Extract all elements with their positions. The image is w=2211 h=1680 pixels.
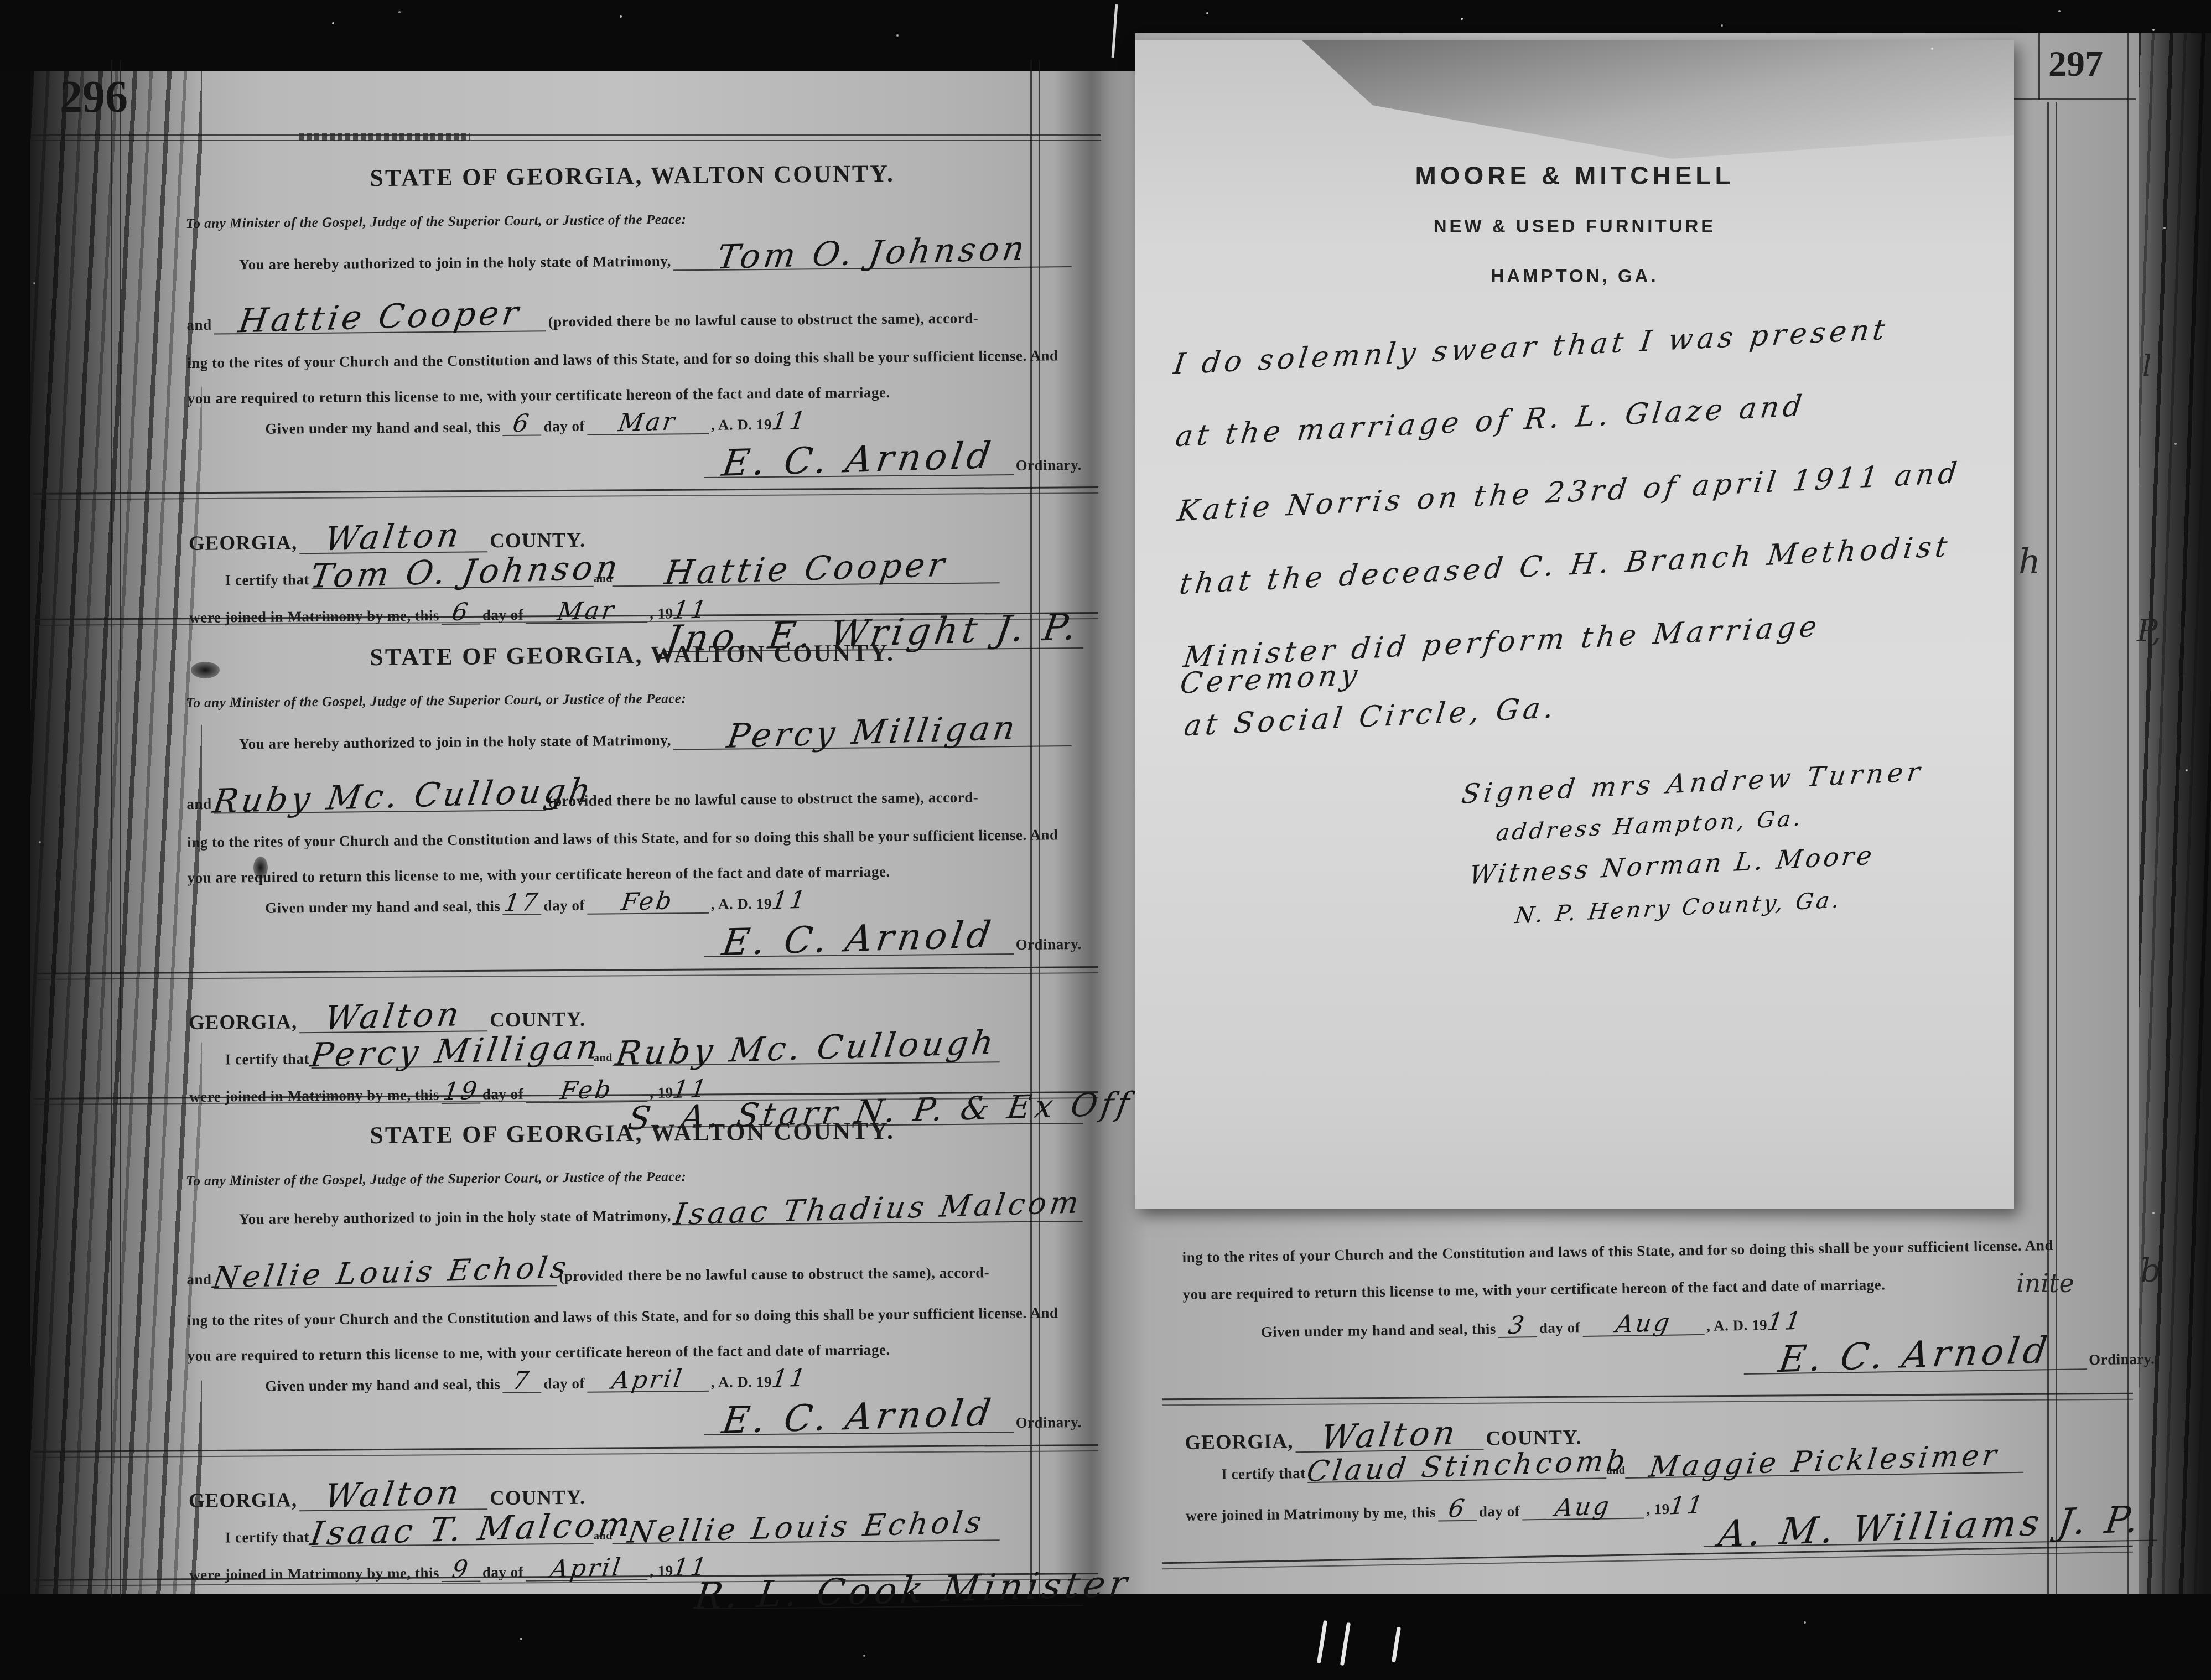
margin-rule xyxy=(111,60,112,1597)
county-line: Walton xyxy=(1295,1419,1484,1453)
book-scan: 296 297 STATE OF GEORGIA, WALTON COUNTY.… xyxy=(0,0,2211,1680)
georgia-label: GEORGIA, xyxy=(189,1489,297,1512)
groom-name: Percy Milligan xyxy=(725,713,1020,751)
county-name: Walton xyxy=(323,1477,464,1511)
letterhead-city: HAMPTON, GA. xyxy=(1135,266,2014,287)
groom-name-line: Percy Milligan xyxy=(673,715,1072,750)
edge-handwriting-fragment: l xyxy=(2142,350,2152,383)
letterhead-company: MOORE & MITCHELL xyxy=(1135,160,2014,190)
page-number-right: 297 xyxy=(2048,43,2103,85)
given-text: Given under my hand and seal, this xyxy=(265,418,501,437)
county-line: Walton xyxy=(299,1479,487,1511)
license-year: 11 xyxy=(1766,1310,1804,1334)
license-day-line: 3 xyxy=(1498,1314,1538,1338)
groom-name: Tom O. Johnson xyxy=(715,234,1030,273)
bride-name: Nellie Louis Echols xyxy=(211,1254,572,1292)
license-month: April xyxy=(610,1368,685,1392)
and-label: and xyxy=(186,1271,211,1288)
given-text: Given under my hand and seal, this xyxy=(1260,1320,1496,1340)
left-page-curl xyxy=(30,60,202,1597)
page-number-box-rule xyxy=(2038,32,2040,100)
county-name: Walton xyxy=(323,520,464,554)
cert-groom-line: Tom O. Johnson xyxy=(312,556,594,589)
license-year: 11 xyxy=(770,1367,809,1391)
georgia-label: GEORGIA, xyxy=(189,531,297,555)
license-year: 11 xyxy=(770,410,809,433)
margin-rule xyxy=(120,60,121,1597)
affidavit-signatures: Signed mrs Andrew Turner address Hampton… xyxy=(1462,763,2004,777)
witness-line: Witness Norman L. Moore xyxy=(1468,844,1876,886)
bride-name: Ruby Mc. Cullough xyxy=(211,775,595,816)
page-number-left: 296 xyxy=(60,71,128,123)
cert-bride-line: Maggie Picklesimer xyxy=(1625,1446,2024,1479)
affidavit-line: I do solemnly swear that I was present xyxy=(1172,317,1890,378)
license-year: 11 xyxy=(770,889,809,912)
certify-text: I certify that xyxy=(225,1050,309,1067)
license-day: 17 xyxy=(502,891,541,915)
cert-bride: Ruby Mc. Cullough xyxy=(614,1028,998,1069)
photo-black-band xyxy=(1135,0,2211,33)
ordinary-signature-line: E. C. Arnold xyxy=(703,1399,1014,1435)
day-of-label: day of xyxy=(1539,1319,1581,1336)
cert-groom: Tom O. Johnson xyxy=(309,552,623,592)
letterhead-line: NEW & USED FURNITURE xyxy=(1135,216,2014,237)
ink-blot xyxy=(191,662,220,678)
cert-bride: Nellie Louis Echols xyxy=(626,1509,986,1547)
margin-rule xyxy=(2056,102,2057,1595)
affidavit-letter: MOORE & MITCHELL NEW & USED FURNITURE HA… xyxy=(1135,40,2014,1209)
georgia-label: GEORGIA, xyxy=(189,1010,297,1034)
affidavit-line: that the deceased C. H. Branch Methodist xyxy=(1178,534,1952,598)
county-label: COUNTY. xyxy=(490,529,586,553)
day-of-label: day of xyxy=(543,1375,585,1392)
affidavit-body: I do solemnly swear that I was present a… xyxy=(1174,322,1981,345)
ordinary-signature-line: E. C. Arnold xyxy=(1743,1336,2087,1375)
cert-bride-line: Hattie Cooper xyxy=(612,552,999,587)
groom-name-line: Tom O. Johnson xyxy=(673,236,1072,271)
license-day-line: 6 xyxy=(502,412,541,435)
cert-groom-line: Percy Milligan xyxy=(312,1035,594,1069)
top-rule xyxy=(30,140,1101,141)
cert-groom-line: Claud Stinchcomb xyxy=(1307,1451,1607,1482)
ordinary-label: Ordinary. xyxy=(1015,936,1082,953)
authorize-text: You are hereby authorized to join in the… xyxy=(238,732,671,752)
paper-fold-shadow xyxy=(1301,40,2014,159)
county-name: Walton xyxy=(323,999,464,1033)
cert-bride-line: Ruby Mc. Cullough xyxy=(612,1031,999,1066)
license-month: Feb xyxy=(620,890,676,913)
margin-rule xyxy=(2047,102,2049,1595)
day-of-label: day of xyxy=(543,897,585,914)
photo-black-band xyxy=(0,0,1135,71)
county-line: Walton xyxy=(299,521,487,554)
county-label: COUNTY. xyxy=(490,1486,586,1510)
ordinary-label: Ordinary. xyxy=(2089,1351,2155,1368)
and-label: and xyxy=(186,317,211,333)
groom-name-line: Isaac Thadius Malcom xyxy=(673,1194,1083,1225)
certify-text: I certify that xyxy=(225,1528,309,1546)
license-month-line: Mar xyxy=(587,411,709,435)
license-month-line: Feb xyxy=(587,890,709,915)
license-day-line: 7 xyxy=(502,1370,541,1393)
county-name: Walton xyxy=(1319,1418,1460,1453)
ink-blot xyxy=(253,857,268,879)
cert-groom: Isaac T. Malcom xyxy=(309,1510,636,1549)
ad-label: , A. D. 19 xyxy=(711,1373,772,1391)
ordinary-signature-line: E. C. Arnold xyxy=(703,442,1014,478)
cert-groom: Percy Milligan xyxy=(309,1032,604,1071)
bride-name-line: Hattie Cooper xyxy=(214,300,546,334)
ad-label: , A. D. 19 xyxy=(711,416,772,433)
signed-line: Signed mrs Andrew Turner xyxy=(1460,760,1925,807)
ordinary-label: Ordinary. xyxy=(1015,457,1082,474)
edge-handwriting-fragment: b xyxy=(2140,1252,2161,1289)
top-rule xyxy=(30,134,1101,136)
georgia-label: GEORGIA, xyxy=(1185,1430,1294,1454)
bride-name: Hattie Cooper xyxy=(236,298,523,336)
bride-name-line: Ruby Mc. Cullough xyxy=(214,780,546,813)
cert-bride: Hattie Cooper xyxy=(662,550,949,588)
edge-handwriting-fragment: inite xyxy=(2016,1268,2074,1298)
ordinary-signature: E. C. Arnold xyxy=(720,918,996,959)
ad-label: , A. D. 19 xyxy=(1706,1316,1767,1334)
ordinary-signature-line: E. C. Arnold xyxy=(703,921,1014,957)
printer-imprint xyxy=(299,133,470,141)
provided-text: (provided there be no lawful cause to ob… xyxy=(548,789,978,810)
certify-text: I certify that xyxy=(225,571,309,588)
given-text: Given under my hand and seal, this xyxy=(265,1376,501,1394)
provided-text: (provided there be no lawful cause to ob… xyxy=(559,1264,989,1284)
ad-label: , A. D. 19 xyxy=(711,895,772,912)
ordinary-signature: E. C. Arnold xyxy=(720,1396,996,1437)
license-day-line: 17 xyxy=(502,891,541,915)
affidavit-line: Katie Norris on the 23rd of april 1911 a… xyxy=(1176,460,1962,525)
edge-handwriting-fragment: P, xyxy=(2137,613,2161,649)
authorize-text: You are hereby authorized to join in the… xyxy=(238,1207,671,1227)
provided-text: (provided there be no lawful cause to ob… xyxy=(548,310,978,330)
affidavit-line: at Social Circle, Ga. xyxy=(1182,695,1559,739)
edge-handwriting-fragment: h xyxy=(2018,541,2041,582)
officiant-signature-line: A. M. Williams J. P. xyxy=(1703,1507,2157,1547)
cert-groom-line: Isaac T. Malcom xyxy=(312,1513,594,1547)
given-text: Given under my hand and seal, this xyxy=(265,898,501,916)
license-month-line: April xyxy=(587,1368,709,1393)
county-line: Walton xyxy=(299,1000,487,1033)
license-month: Aug xyxy=(1614,1312,1673,1336)
page-number-box-rule xyxy=(2013,98,2136,100)
authorize-text: You are hereby authorized to join in the… xyxy=(238,252,671,273)
certify-text: I certify that xyxy=(1221,1465,1306,1482)
notary-line: N. P. Henry County, Ga. xyxy=(1514,890,1843,926)
license-day: 3 xyxy=(1507,1314,1528,1337)
license-month: Mar xyxy=(617,411,678,434)
ordinary-signature: E. C. Arnold xyxy=(1777,1334,2053,1376)
ordinary-signature: E. C. Arnold xyxy=(720,439,996,480)
address-line: address Hampton, Ga. xyxy=(1495,808,1805,843)
film-specks xyxy=(332,22,334,24)
ordinary-label: Ordinary. xyxy=(1015,1414,1082,1431)
affidavit-line: Minister did perform the Marriage Ceremo… xyxy=(1179,605,1995,697)
affidavit-line: at the marriage of R. L. Glaze and xyxy=(1174,393,1807,450)
license-day: 6 xyxy=(512,412,533,435)
bride-name-line: Nellie Louis Echols xyxy=(214,1258,557,1289)
cert-bride-line: Nellie Louis Echols xyxy=(612,1512,999,1544)
license-day: 7 xyxy=(512,1370,533,1392)
and-label: and xyxy=(186,796,211,812)
day-of-label: day of xyxy=(543,418,585,435)
license-month-line: Aug xyxy=(1582,1312,1705,1337)
